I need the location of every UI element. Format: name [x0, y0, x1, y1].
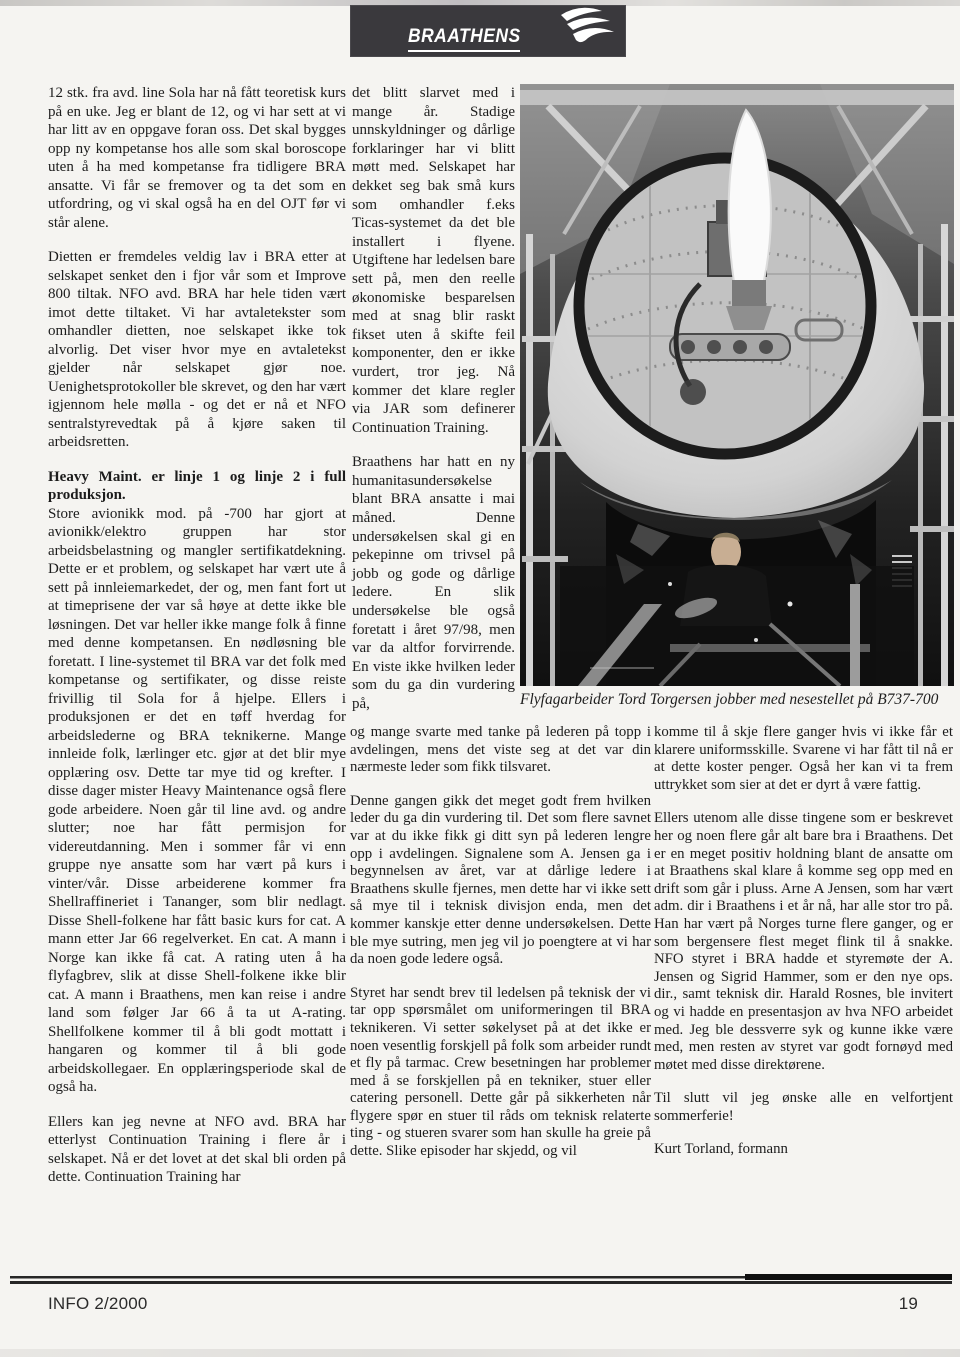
paragraph: Store avionikk mod. på -700 har gjort at…	[48, 505, 346, 1097]
braathens-swoosh-icon	[556, 5, 614, 49]
footer-issue-label: INFO 2/2000	[48, 1294, 148, 1314]
paragraph: Ellers kan jeg nevne at NFO avd. BRA har…	[48, 1113, 346, 1187]
masthead-bar: BRAATHENS	[350, 5, 626, 57]
paragraph: Ellers utenom alle disse tingene som er …	[654, 810, 953, 1074]
section-heading: Heavy Maint. er linje 1 og linje 2 i ful…	[48, 468, 346, 505]
braathens-logo: BRAATHENS	[408, 26, 521, 48]
paragraph: 12 stk. fra avd. line Sola har nå fått t…	[48, 84, 346, 232]
photo-b737-nose-maintenance	[520, 84, 954, 686]
article-column-left: 12 stk. fra avd. line Sola har nå fått t…	[48, 84, 346, 1187]
logo-underline	[408, 50, 520, 52]
footer-page-number: 19	[899, 1294, 918, 1314]
article-column-middle-wide: og mange svarte med tanke på lederen på …	[350, 724, 651, 1161]
article-column-right: komme til å skje flere ganger hvis vi ik…	[654, 724, 953, 1159]
signature: Kurt Torland, formann	[654, 1141, 953, 1159]
paragraph: komme til å skje flere ganger hvis vi ik…	[654, 724, 953, 794]
magazine-page: BRAATHENS 12 stk. fra avd. line Sola har…	[0, 0, 960, 1357]
paragraph: Braathens har hatt en ny humanitasunders…	[352, 453, 515, 713]
paragraph: Dietten er fremdeles veldig lav i BRA et…	[48, 248, 346, 452]
article-column-middle-narrow: det blitt slarvet med i mange år. Stadig…	[352, 84, 515, 714]
paragraph: og mange svarte med tanke på lederen på …	[350, 724, 651, 777]
paragraph: det blitt slarvet med i mange år. Stadig…	[352, 84, 515, 437]
paragraph: Styret har sendt brev til ledelsen på te…	[350, 985, 651, 1161]
scan-edge-bottom	[0, 1349, 960, 1357]
closing-line: Til slutt vil jeg ønske alle en velfortj…	[654, 1090, 953, 1125]
photo-caption: Flyfagarbeider Tord Torgersen jobber med…	[520, 690, 960, 709]
footer-rule-right-segment	[745, 1274, 952, 1280]
paragraph: Denne gangen gikk det meget godt frem hv…	[350, 793, 651, 969]
